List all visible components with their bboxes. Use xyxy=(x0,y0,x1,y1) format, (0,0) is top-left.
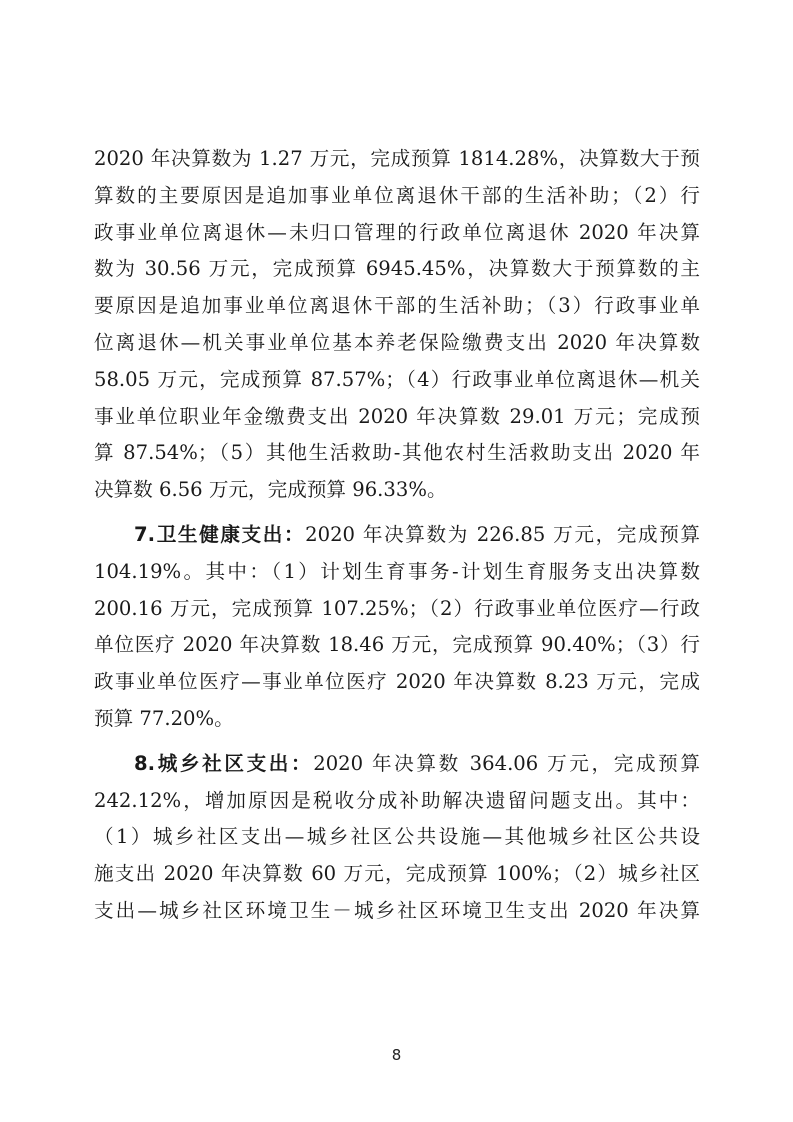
section-heading: 7.卫生健康支出： xyxy=(134,523,305,546)
text-line: 决算数 6.56 万元，完成预算 96.33%。 xyxy=(94,472,700,509)
text-line-with-heading: 7.卫生健康支出：2020 年决算数为 226.85 万元，完成预算 xyxy=(94,517,700,554)
text-line: 要原因是追加事业单位离退休干部的生活补助；（3）行政事业单 xyxy=(94,288,700,325)
text-line: 事业单位职业年金缴费支出 2020 年决算数 29.01 万元；完成预 xyxy=(94,399,700,436)
page-number: 8 xyxy=(0,1046,793,1064)
text-line: 政事业单位医疗—事业单位医疗 2020 年决算数 8.23 万元，完成 xyxy=(94,664,700,701)
heading-line-text: 2020 年决算数为 226.85 万元，完成预算 xyxy=(305,523,700,546)
text-line: 算数的主要原因是追加事业单位离退休干部的生活补助；（2）行 xyxy=(94,178,700,215)
text-line: 政事业单位离退休—未归口管理的行政单位离退休 2020 年决算 xyxy=(94,215,700,252)
text-line: 单位医疗 2020 年决算数 18.46 万元，完成预算 90.40%；（3）行 xyxy=(94,627,700,664)
paragraph-urban-rural-community-expenditure: 8.城乡社区支出：2020 年决算数 364.06 万元，完成预算 242.12… xyxy=(94,746,700,930)
text-line: 242.12%，增加原因是税收分成补助解决遗留问题支出。其中： xyxy=(94,783,700,820)
text-line: 58.05 万元，完成预算 87.57%；（4）行政事业单位离退休—机关 xyxy=(94,362,700,399)
text-line: 预算 77.20%。 xyxy=(94,701,700,738)
paragraph-social-security-continued: 2020 年决算数为 1.27 万元，完成预算 1814.28%，决算数大于预 … xyxy=(94,141,700,509)
text-line: 数为 30.56 万元，完成预算 6945.45%，决算数大于预算数的主 xyxy=(94,251,700,288)
text-line: 104.19%。其中：（1）计划生育事务-计划生育服务支出决算数 xyxy=(94,554,700,591)
text-line: 支出—城乡社区环境卫生－城乡社区环境卫生支出 2020 年决算 xyxy=(94,893,700,930)
text-line: （1）城乡社区支出—城乡社区公共设施—其他城乡社区公共设 xyxy=(94,819,700,856)
text-line: 200.16 万元，完成预算 107.25%；（2）行政事业单位医疗—行政 xyxy=(94,591,700,628)
text-line: 位离退休—机关事业单位基本养老保险缴费支出 2020 年决算数 xyxy=(94,325,700,362)
paragraph-health-expenditure: 7.卫生健康支出：2020 年决算数为 226.85 万元，完成预算 104.1… xyxy=(94,517,700,738)
section-heading: 8.城乡社区支出： xyxy=(134,752,313,775)
text-line: 算 87.54%；（5）其他生活救助-其他农村生活救助支出 2020 年 xyxy=(94,435,700,472)
text-line: 2020 年决算数为 1.27 万元，完成预算 1814.28%，决算数大于预 xyxy=(94,141,700,178)
text-line: 施支出 2020 年决算数 60 万元，完成预算 100%；（2）城乡社区 xyxy=(94,856,700,893)
document-page: 2020 年决算数为 1.27 万元，完成预算 1814.28%，决算数大于预 … xyxy=(94,141,700,930)
heading-line-text: 2020 年决算数 364.06 万元，完成预算 xyxy=(313,752,700,775)
text-line-with-heading: 8.城乡社区支出：2020 年决算数 364.06 万元，完成预算 xyxy=(94,746,700,783)
